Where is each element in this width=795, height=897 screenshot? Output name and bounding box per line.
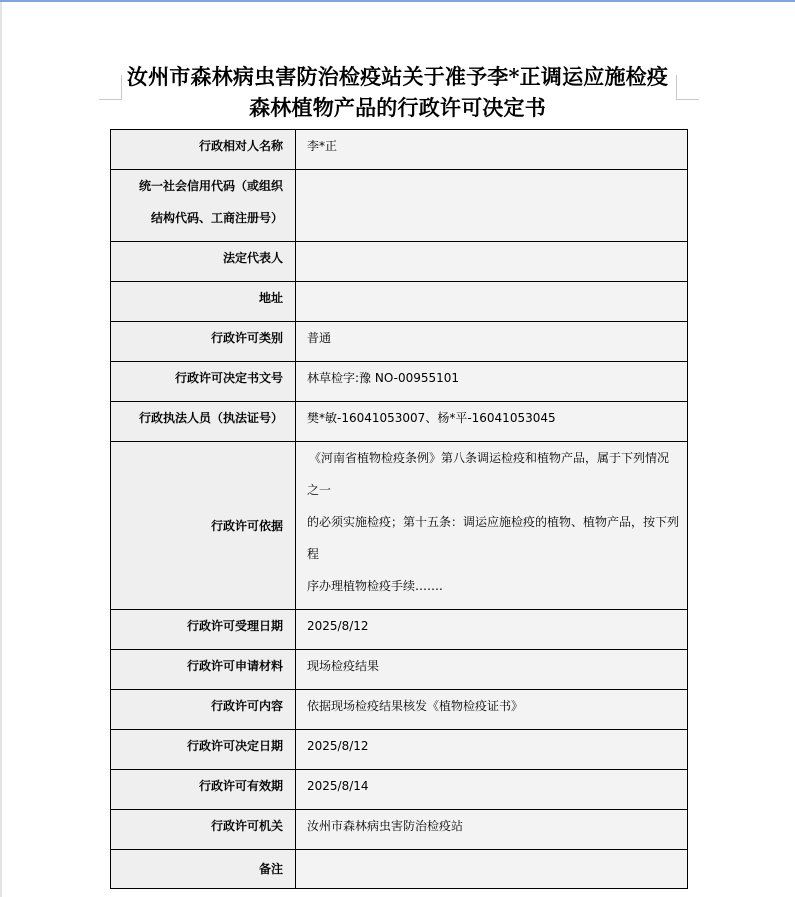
table-row-enforcement-officers: 行政执法人员（执法证号） 樊*敏-16041053007、杨*平-1604105…: [111, 402, 688, 442]
row-value: 2025/8/14: [296, 770, 688, 810]
row-value: 普通: [296, 322, 688, 362]
row-value-line-3: 序办理植物检疫手续…….: [307, 570, 679, 602]
row-label: 行政相对人名称: [111, 130, 296, 170]
table-row-credit-code: 统一社会信用代码（或组织 结构代码、工商注册号）: [111, 170, 688, 242]
row-label: 行政执法人员（执法证号）: [111, 402, 296, 442]
row-label: 备注: [111, 850, 296, 889]
table-row-permit-category: 行政许可类别 普通: [111, 322, 688, 362]
row-value: 林草检字:豫 NO-00955101: [296, 362, 688, 402]
permit-decision-table: 行政相对人名称 李*正 统一社会信用代码（或组织 结构代码、工商注册号） 法定代…: [110, 129, 688, 889]
table-row-permit-basis: 行政许可依据 《河南省植物检疫条例》第八条调运检疫和植物产品，属于下列情况之一 …: [111, 442, 688, 610]
row-label: 行政许可决定日期: [111, 730, 296, 770]
document-title-line-2: 森林植物产品的行政许可决定书: [0, 92, 795, 123]
row-value-line-2: 的必须实施检疫；第十五条：调运应施检疫的植物、植物产品，按下列程: [307, 506, 679, 570]
row-label: 行政许可有效期: [111, 770, 296, 810]
table-row-legal-representative: 法定代表人: [111, 242, 688, 282]
row-value: 《河南省植物检疫条例》第八条调运检疫和植物产品，属于下列情况之一 的必须实施检疫…: [296, 442, 688, 610]
row-value: 2025/8/12: [296, 730, 688, 770]
row-value: [296, 170, 688, 242]
row-label: 地址: [111, 282, 296, 322]
row-label-line-1: 统一社会信用代码（或组织: [111, 170, 283, 202]
row-value: 李*正: [296, 130, 688, 170]
row-label: 行政许可类别: [111, 322, 296, 362]
row-label: 行政许可决定书文号: [111, 362, 296, 402]
table-row-decision-number: 行政许可决定书文号 林草检字:豫 NO-00955101: [111, 362, 688, 402]
table-row-address: 地址: [111, 282, 688, 322]
table-row-party-name: 行政相对人名称 李*正: [111, 130, 688, 170]
row-value-line-1: 《河南省植物检疫条例》第八条调运检疫和植物产品，属于下列情况之一: [307, 442, 679, 506]
row-value: 现场检疫结果: [296, 650, 688, 690]
row-label: 行政许可受理日期: [111, 610, 296, 650]
table-row-decision-date: 行政许可决定日期 2025/8/12: [111, 730, 688, 770]
row-label-line-2: 结构代码、工商注册号）: [111, 202, 283, 234]
row-value: [296, 850, 688, 889]
table-row-permit-content: 行政许可内容 依据现场检疫结果核发《植物检疫证书》: [111, 690, 688, 730]
row-value: [296, 282, 688, 322]
table-row-validity-period: 行政许可有效期 2025/8/14: [111, 770, 688, 810]
table-row-permit-authority: 行政许可机关 汝州市森林病虫害防治检疫站: [111, 810, 688, 850]
row-value: 2025/8/12: [296, 610, 688, 650]
row-value: 依据现场检疫结果核发《植物检疫证书》: [296, 690, 688, 730]
row-label: 统一社会信用代码（或组织 结构代码、工商注册号）: [111, 170, 296, 242]
table-row-acceptance-date: 行政许可受理日期 2025/8/12: [111, 610, 688, 650]
row-value: 汝州市森林病虫害防治检疫站: [296, 810, 688, 850]
row-value: [296, 242, 688, 282]
document-title-line-1: 汝州市森林病虫害防治检疫站关于准予李*正调运应施检疫: [0, 61, 795, 92]
document-title: 汝州市森林病虫害防治检疫站关于准予李*正调运应施检疫 森林植物产品的行政许可决定…: [0, 61, 795, 123]
row-label: 行政许可依据: [111, 442, 296, 610]
row-value: 樊*敏-16041053007、杨*平-16041053045: [296, 402, 688, 442]
row-label: 法定代表人: [111, 242, 296, 282]
table-row-remarks: 备注: [111, 850, 688, 889]
table-row-application-materials: 行政许可申请材料 现场检疫结果: [111, 650, 688, 690]
row-label: 行政许可申请材料: [111, 650, 296, 690]
row-label: 行政许可内容: [111, 690, 296, 730]
row-label: 行政许可机关: [111, 810, 296, 850]
